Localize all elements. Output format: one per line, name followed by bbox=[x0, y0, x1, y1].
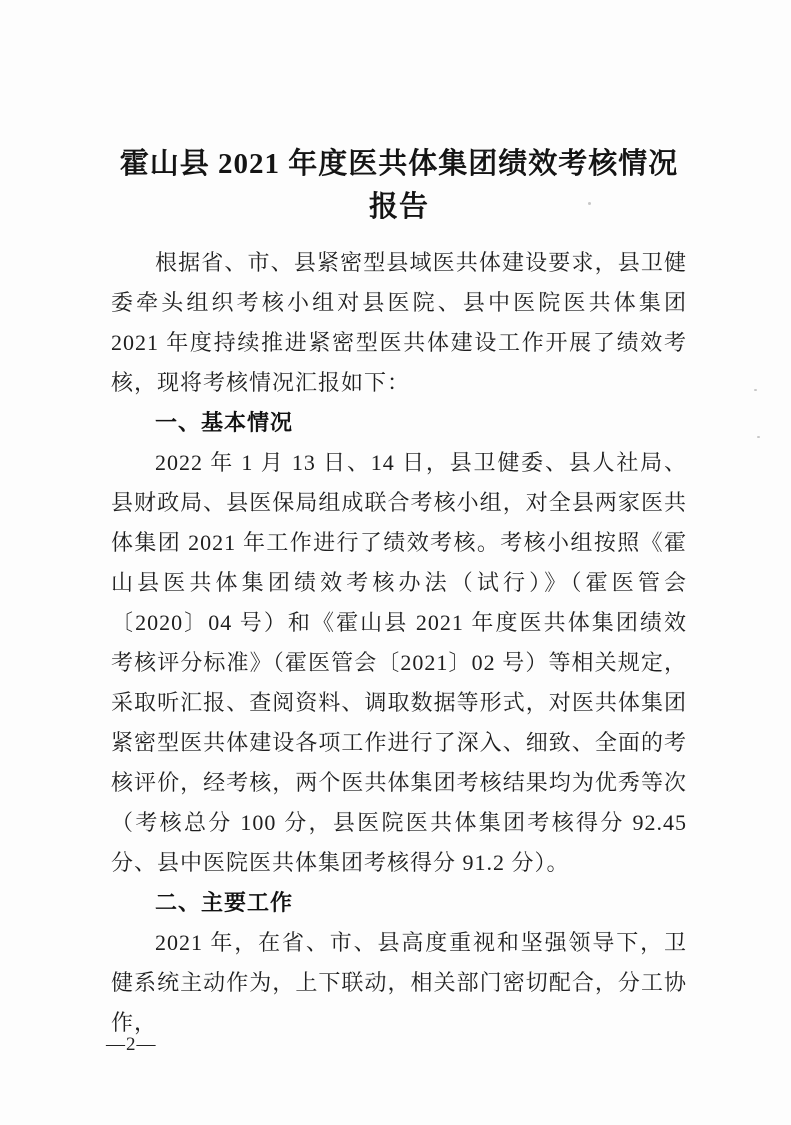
section-heading-main-work: 二、主要工作 bbox=[111, 883, 687, 923]
scan-speck bbox=[588, 202, 591, 205]
scanned-document-page: 霍山县 2021 年度医共体集团绩效考核情况报告 根据省、市、县紧密型县域医共体… bbox=[0, 0, 791, 1125]
page-number: —2— bbox=[106, 1034, 157, 1056]
scan-speck bbox=[757, 436, 760, 438]
paragraph-intro: 根据省、市、县紧密型县域医共体建设要求，县卫健委牵头组织考核小组对县医院、县中医… bbox=[111, 243, 687, 403]
scan-speck bbox=[754, 389, 757, 391]
paragraph-basic-situation: 2022 年 1 月 13 日、14 日，县卫健委、县人社局、县财政局、县医保局… bbox=[111, 443, 687, 883]
document-title: 霍山县 2021 年度医共体集团绩效考核情况报告 bbox=[111, 143, 687, 229]
paragraph-main-work: 2021 年，在省、市、县高度重视和坚强领导下，卫健系统主动作为，上下联动，相关… bbox=[111, 923, 687, 1043]
section-heading-basic-situation: 一、基本情况 bbox=[111, 403, 687, 443]
document-body: 霍山县 2021 年度医共体集团绩效考核情况报告 根据省、市、县紧密型县域医共体… bbox=[111, 143, 687, 1043]
